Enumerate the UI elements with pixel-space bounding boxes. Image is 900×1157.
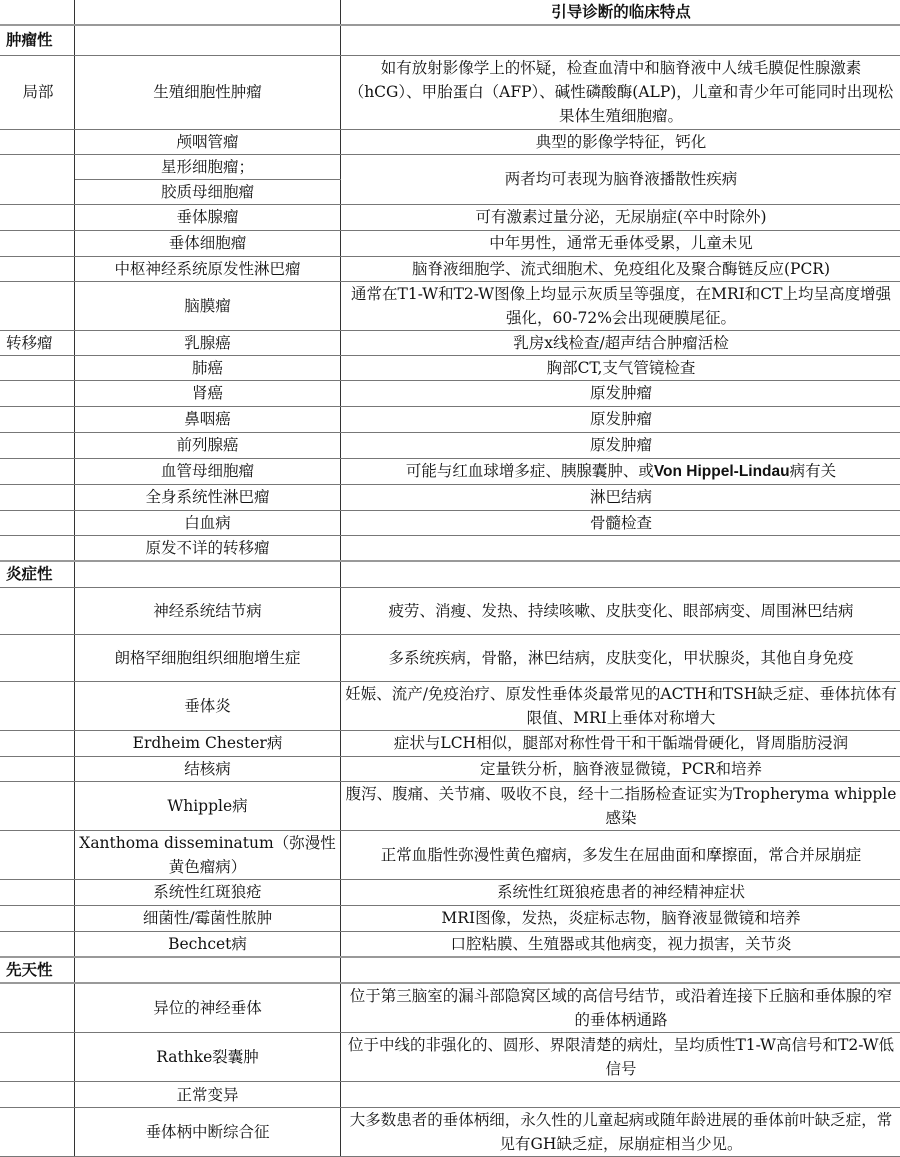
disease-name: 垂体柄中断综合征 xyxy=(75,1108,341,1132)
disease-name: 系统性红斑狼疮 xyxy=(75,879,341,905)
feature-text: 可能与红血球增多症、胰腺囊肿、或 xyxy=(406,462,654,480)
disease-name: 中枢神经系统原发性淋巴瘤 xyxy=(75,256,341,281)
category-row-congenital: 先天性 xyxy=(0,957,900,983)
disease-name: Rathke裂囊肿 xyxy=(75,1033,341,1082)
table-row: 颅咽管瘤 典型的影像学特征，钙化 xyxy=(0,129,900,154)
table-row: 血管母细胞瘤 可能与红血球增多症、胰腺囊肿、或Von Hippel-Lindau… xyxy=(0,458,900,484)
table-row: 系统性红斑狼疮 系统性红斑狼疮患者的神经精神症状 xyxy=(0,879,900,905)
table-row: 细菌性/霉菌性脓肿 MRI图像，发热，炎症标志物，脑脊液显微镜和培养 xyxy=(0,905,900,931)
disease-name: 鼻咽癌 xyxy=(75,406,341,432)
category-row-inflammatory: 炎症性 xyxy=(0,561,900,587)
category-label: 炎症性 xyxy=(0,561,75,587)
clinical-feature: 大多数患者的垂体柄细，永久性的儿童起病或随年龄进展的垂体前叶缺乏症，常见有GH缺… xyxy=(341,1108,900,1132)
table-row: 神经系统结节病 疲劳、消瘦、发热、持续咳嗽、皮肤变化、眼部病变、周围淋巴结病 xyxy=(0,587,900,634)
clinical-feature: 位于第三脑室的漏斗部隐窝区域的高信号结节，或沿着连接下丘脑和垂体腺的窄的垂体柄通… xyxy=(341,983,900,1033)
disease-name: 结核病 xyxy=(75,756,341,781)
disease-name: 细菌性/霉菌性脓肿 xyxy=(75,905,341,931)
clinical-feature: 正常血脂性弥漫性黄色瘤病，多发生在屈曲面和摩擦面，常合并尿崩症 xyxy=(341,830,900,879)
table-row: 垂体腺瘤 可有激素过量分泌，无尿崩症(卒中时除外) xyxy=(0,204,900,230)
clinical-feature: 系统性红斑狼疮患者的神经精神症状 xyxy=(341,879,900,905)
clinical-feature: 口腔粘膜、生殖器或其他病变，视力损害，关节炎 xyxy=(341,931,900,957)
table-row: 肾癌 原发肿瘤 xyxy=(0,380,900,406)
table-row: 全身系统性淋巴瘤 淋巴结病 xyxy=(0,484,900,510)
category-label: 先天性 xyxy=(0,957,75,983)
clinical-feature: 两者均可表现为脑脊液播散性疾病 xyxy=(341,154,900,204)
clinical-feature: 典型的影像学特征，钙化 xyxy=(341,129,900,154)
clinical-feature: 原发肿瘤 xyxy=(341,380,900,406)
clinical-feature: 骨髓检查 xyxy=(341,510,900,535)
clinical-feature: 位于中线的非强化的、圆形、界限清楚的病灶，呈均质性T1-W高信号和T2-W低信号 xyxy=(341,1033,900,1082)
disease-name: 血管母细胞瘤 xyxy=(75,458,341,484)
subcategory-label: 转移瘤 xyxy=(0,330,75,355)
clinical-feature: 妊娠、流产/免疫治疗、原发性垂体炎最常见的ACTH和TSH缺乏症、垂体抗体有限值… xyxy=(341,681,900,730)
table-row: 异位的神经垂体 位于第三脑室的漏斗部隐窝区域的高信号结节，或沿着连接下丘脑和垂体… xyxy=(0,983,900,1033)
table-row: Bechcet病 口腔粘膜、生殖器或其他病变，视力损害，关节炎 xyxy=(0,931,900,957)
clinical-feature: 脑脊液细胞学、流式细胞术、免疫组化及聚合酶链反应(PCR) xyxy=(341,256,900,281)
category-label: 肿瘤性 xyxy=(0,25,75,55)
table-row: 朗格罕细胞组织细胞增生症 多系统疾病，骨骼，淋巴结病，皮肤变化，甲状腺炎，其他自… xyxy=(0,634,900,681)
disease-name: 朗格罕细胞组织细胞增生症 xyxy=(75,634,341,681)
clinical-feature: 症状与LCH相似，腿部对称性骨干和干骺端骨硬化，肾周脂肪浸润 xyxy=(341,730,900,756)
table-row: 肺癌 胸部CT,支气管镜检查 xyxy=(0,355,900,380)
table-row: 正常变异 xyxy=(0,1082,900,1108)
clinical-feature: 通常在T1-W和T2-W图像上均显示灰质呈等强度，在MRI和CT上均呈高度增强强… xyxy=(341,281,900,330)
disease-name: 全身系统性淋巴瘤 xyxy=(75,484,341,510)
clinical-feature xyxy=(341,1082,900,1108)
clinical-feature: 中年男性，通常无垂体受累，儿童未见 xyxy=(341,230,900,256)
table-row: 中枢神经系统原发性淋巴瘤 脑脊液细胞学、流式细胞术、免疫组化及聚合酶链反应(PC… xyxy=(0,256,900,281)
table-row: 垂体柄中断综合征 大多数患者的垂体柄细，永久性的儿童起病或随年龄进展的垂体前叶缺… xyxy=(0,1108,900,1132)
disease-name: 星形细胞瘤； xyxy=(75,154,341,179)
clinical-feature: 乳房x线检查/超声结合肿瘤活检 xyxy=(341,330,900,355)
table-row: 结核病 定量铁分析，脑脊液显微镜，PCR和培养 xyxy=(0,756,900,781)
disease-name: 垂体腺瘤 xyxy=(75,204,341,230)
table-row: 垂体炎 妊娠、流产/免疫治疗、原发性垂体炎最常见的ACTH和TSH缺乏症、垂体抗… xyxy=(0,681,900,730)
disease-name: 肺癌 xyxy=(75,355,341,380)
table-row: 白血病 骨髓检查 xyxy=(0,510,900,535)
table-row: Xanthoma disseminatum（弥漫性黄色瘤病） 正常血脂性弥漫性黄… xyxy=(0,830,900,879)
disease-name: 原发不详的转移瘤 xyxy=(75,535,341,561)
table-row: 原发不详的转移瘤 xyxy=(0,535,900,561)
table-row: 星形细胞瘤； 两者均可表现为脑脊液播散性疾病 xyxy=(0,154,900,179)
header-cell-disease xyxy=(75,0,341,25)
disease-name: 胶质母细胞瘤 xyxy=(75,179,341,204)
differential-diagnosis-table: 引导诊断的临床特点 肿瘤性 局部 生殖细胞性肿瘤 如有放射影像学上的怀疑，检查血… xyxy=(0,0,900,1131)
disease-name: 颅咽管瘤 xyxy=(75,129,341,154)
disease-name: Bechcet病 xyxy=(75,931,341,957)
clinical-feature: 原发肿瘤 xyxy=(341,432,900,458)
category-row-neoplastic: 肿瘤性 xyxy=(0,25,900,55)
clinical-feature: 可有激素过量分泌，无尿崩症(卒中时除外) xyxy=(341,204,900,230)
disease-name: 垂体细胞瘤 xyxy=(75,230,341,256)
disease-name: 神经系统结节病 xyxy=(75,587,341,634)
table-row: 前列腺癌 原发肿瘤 xyxy=(0,432,900,458)
disease-name: 垂体炎 xyxy=(75,681,341,730)
disease-name: 脑膜瘤 xyxy=(75,281,341,330)
table-header-row: 引导诊断的临床特点 xyxy=(0,0,900,25)
table-row: 脑膜瘤 通常在T1-W和T2-W图像上均显示灰质呈等强度，在MRI和CT上均呈高… xyxy=(0,281,900,330)
disease-name: Xanthoma disseminatum（弥漫性黄色瘤病） xyxy=(75,830,341,879)
header-cell-category xyxy=(0,0,75,25)
table-row: 转移瘤 乳腺癌 乳房x线检查/超声结合肿瘤活检 xyxy=(0,330,900,355)
clinical-feature xyxy=(341,535,900,561)
clinical-feature: 定量铁分析，脑脊液显微镜，PCR和培养 xyxy=(341,756,900,781)
clinical-feature: 如有放射影像学上的怀疑，检查血清中和脑脊液中人绒毛膜促性腺激素（hCG）、甲胎蛋… xyxy=(341,55,900,129)
disease-name: 生殖细胞性肿瘤 xyxy=(75,55,341,129)
disease-name: 白血病 xyxy=(75,510,341,535)
disease-name: Erdheim Chester病 xyxy=(75,730,341,756)
clinical-feature: 淋巴结病 xyxy=(341,484,900,510)
disease-name: 乳腺癌 xyxy=(75,330,341,355)
clinical-feature: 胸部CT,支气管镜检查 xyxy=(341,355,900,380)
feature-bold-text: Von Hippel-Lindau xyxy=(654,463,790,480)
clinical-feature: 疲劳、消瘦、发热、持续咳嗽、皮肤变化、眼部病变、周围淋巴结病 xyxy=(341,587,900,634)
header-cell-features: 引导诊断的临床特点 xyxy=(341,0,900,25)
disease-name: 异位的神经垂体 xyxy=(75,983,341,1033)
table-row: Rathke裂囊肿 位于中线的非强化的、圆形、界限清楚的病灶，呈均质性T1-W高… xyxy=(0,1033,900,1082)
clinical-feature: 原发肿瘤 xyxy=(341,406,900,432)
disease-name: 前列腺癌 xyxy=(75,432,341,458)
clinical-feature: 多系统疾病，骨骼，淋巴结病，皮肤变化，甲状腺炎，其他自身免疫 xyxy=(341,634,900,681)
disease-name: Whipple病 xyxy=(75,781,341,830)
table-row: Erdheim Chester病 症状与LCH相似，腿部对称性骨干和干骺端骨硬化… xyxy=(0,730,900,756)
disease-name: 正常变异 xyxy=(75,1082,341,1108)
table-row: 局部 生殖细胞性肿瘤 如有放射影像学上的怀疑，检查血清中和脑脊液中人绒毛膜促性腺… xyxy=(0,55,900,129)
table-row: Whipple病 腹泻、腹痛、关节痛、吸收不良，经十二指肠检查证实为Trophe… xyxy=(0,781,900,830)
feature-text: 病有关 xyxy=(790,462,837,480)
disease-name: 肾癌 xyxy=(75,380,341,406)
table-row: 鼻咽癌 原发肿瘤 xyxy=(0,406,900,432)
subcategory-label: 局部 xyxy=(0,55,75,129)
table-row: 垂体细胞瘤 中年男性，通常无垂体受累，儿童未见 xyxy=(0,230,900,256)
clinical-feature: MRI图像，发热，炎症标志物，脑脊液显微镜和培养 xyxy=(341,905,900,931)
clinical-feature: 腹泻、腹痛、关节痛、吸收不良，经十二指肠检查证实为Tropheryma whip… xyxy=(341,781,900,830)
clinical-feature: 可能与红血球增多症、胰腺囊肿、或Von Hippel-Lindau病有关 xyxy=(341,458,900,484)
